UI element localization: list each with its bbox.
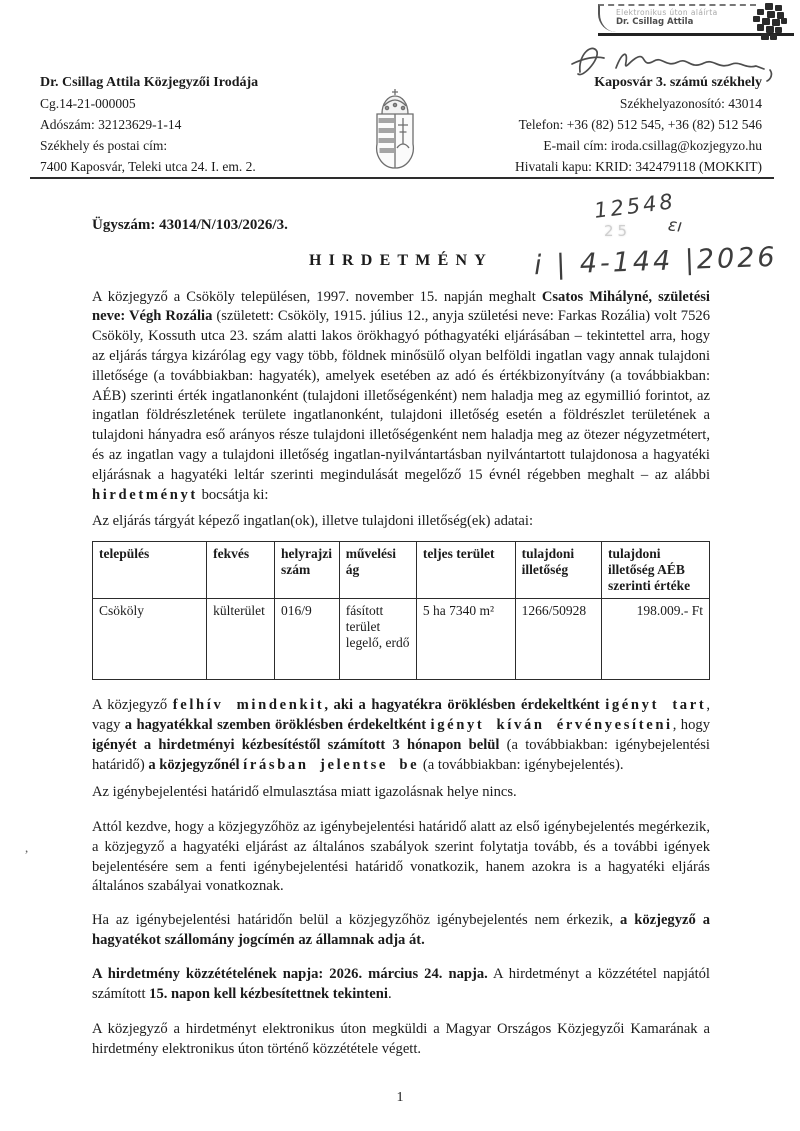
header-line: E-mail cím: iroda.csillag@kozjegyzo.hu: [515, 135, 762, 156]
paragraph-intro: Az eljárás tárgyát képező ingatlan(ok), …: [92, 512, 710, 532]
stamp-line1: Elektronikus úton aláírta: [616, 8, 756, 17]
text-segment: (született: Csököly, 1915. július 12., a…: [92, 308, 710, 482]
letterhead-left: Dr. Csillag Attila Közjegyzői Irodája Cg…: [40, 72, 258, 177]
table-header-cell: fekvés: [207, 542, 275, 599]
text-segment: 15. napon kell kézbesítettnek tekinteni: [149, 986, 388, 1002]
table-cell: 1266/50928: [515, 599, 601, 680]
header-line: Székhely és postai cím:: [40, 135, 258, 156]
text-segment: hirdetményt: [92, 487, 198, 503]
table-cell: külterület: [207, 599, 275, 680]
text-segment: (a továbbiakban: igénybejelentés).: [419, 757, 623, 773]
text-segment: , hogy: [673, 717, 710, 733]
header-line: Székhelyazonosító: 43014: [515, 93, 762, 114]
paragraphs-top: A közjegyző a Csököly településen, 1997.…: [92, 288, 710, 533]
table-cell: 198.009.- Ft: [602, 599, 710, 680]
seat-name: Kaposvár 3. számú székhely: [515, 72, 762, 93]
text-segment: aki a hagyatékra öröklésben érdekeltként: [334, 697, 606, 713]
table-header-cell: művelési ág: [339, 542, 416, 599]
header-divider: [30, 177, 774, 179]
property-table: településfekvéshelyrajzi számművelési ág…: [92, 541, 710, 680]
text-segment: igényt kíván érvényesíteni: [431, 717, 673, 733]
text-segment: a hagyatékkal szemben öröklésben érdekel…: [125, 717, 431, 733]
document-title: HIRDETMÉNY: [92, 251, 710, 271]
table-header-cell: helyrajzi szám: [275, 542, 340, 599]
page-number: 1: [0, 1090, 800, 1106]
table-body: Csökölykülterület016/9fásított terület l…: [93, 599, 710, 680]
text-segment: A közjegyző a hirdetményt elektronikus ú…: [92, 1021, 710, 1057]
stamp-line2: Dr. Csillag Attila: [616, 17, 756, 27]
document-page: Elektronikus úton aláírta Dr. Csillag At…: [0, 0, 800, 1131]
paragraph-call: A közjegyző felhív mindenkit, aki a hagy…: [92, 695, 710, 775]
header-line: Hivatali kapu: KRID: 342479118 (MOKKIT): [515, 156, 762, 177]
text-segment: igényét a hirdetményi kézbesítéstől szám…: [92, 737, 507, 753]
table-row: Csökölykülterület016/9fásított terület l…: [93, 599, 710, 680]
table-cell: fásított terület legelő, erdő: [339, 599, 416, 680]
table-cell: Csököly: [93, 599, 207, 680]
text-segment: igényt tart: [605, 697, 706, 713]
electronic-stamp: Elektronikus úton aláírta Dr. Csillag At…: [598, 4, 756, 32]
case-number: Ügyszám: 43014/N/103/2026/3.: [92, 216, 710, 236]
paragraph-p1: A közjegyző a Csököly településen, 1997.…: [92, 288, 710, 506]
table-cell: 5 ha 7340 m²: [416, 599, 515, 680]
table-header-row: településfekvéshelyrajzi számművelési ág…: [93, 542, 710, 599]
table-cell: 016/9: [275, 599, 340, 680]
office-name: Dr. Csillag Attila Közjegyzői Irodája: [40, 72, 258, 93]
table-header-cell: teljes terület: [416, 542, 515, 599]
header-line: 7400 Kaposvár, Teleki utca 24. I. em. 2.: [40, 156, 258, 177]
text-segment: A hirdetmény közzétételének napja: 2026.…: [92, 966, 488, 982]
text-segment: a közjegyzőnél: [148, 757, 243, 773]
text-segment: felhív mindenkit: [173, 697, 325, 713]
hungarian-coat-of-arms-icon: [372, 88, 418, 177]
text-segment: Ha az igénybejelentési határidőn belül a…: [92, 912, 620, 928]
paragraph-moka: A közjegyző a hirdetményt elektronikus ú…: [92, 1020, 710, 1060]
text-segment: .: [388, 986, 392, 1002]
header-line: Telefon: +36 (82) 512 545, +36 (82) 512 …: [515, 114, 762, 135]
paragraph-nohelye: Az igénybejelentési határidő elmulasztás…: [92, 783, 710, 803]
text-segment: Az eljárás tárgyát képező ingatlan(ok), …: [92, 513, 533, 529]
table-header-cell: tulajdoni illetőség: [515, 542, 601, 599]
text-segment: ,: [324, 697, 333, 713]
document-body: Ügyszám: 43014/N/103/2026/3. HIRDETMÉNY …: [92, 216, 710, 1060]
text-segment: Az igénybejelentési határidő elmulasztás…: [92, 784, 517, 800]
text-segment: A közjegyző: [92, 697, 173, 713]
margin-tick-mark: ,: [25, 840, 28, 856]
header-line: Adószám: 32123629-1-14: [40, 114, 258, 135]
text-segment: bocsátja ki:: [198, 487, 269, 503]
paragraph-datum: A hirdetmény közzétételének napja: 2026.…: [92, 965, 710, 1005]
table-header-cell: tulajdoni illetőség AÉB szerinti értéke: [602, 542, 710, 599]
office-left-lines: Cg.14-21-000005Adószám: 32123629-1-14Szé…: [40, 93, 258, 177]
office-right-lines: Székhelyazonosító: 43014Telefon: +36 (82…: [515, 93, 762, 177]
text-segment: Attól kezdve, hogy a közjegyzőhöz az igé…: [92, 819, 710, 894]
text-segment: A közjegyző a Csököly településen, 1997.…: [92, 289, 542, 305]
paragraphs-bottom: A közjegyző felhív mindenkit, aki a hagy…: [92, 695, 710, 1060]
letterhead-right: Kaposvár 3. számú székhely Székhelyazono…: [515, 72, 762, 177]
text-segment: írásban jelentse be: [243, 757, 419, 773]
table-header-cell: település: [93, 542, 207, 599]
paragraph-ha: Ha az igénybejelentési határidőn belül a…: [92, 911, 710, 951]
header-line: Cg.14-21-000005: [40, 93, 258, 114]
paragraph-attol: Attól kezdve, hogy a közjegyzőhöz az igé…: [92, 818, 710, 897]
